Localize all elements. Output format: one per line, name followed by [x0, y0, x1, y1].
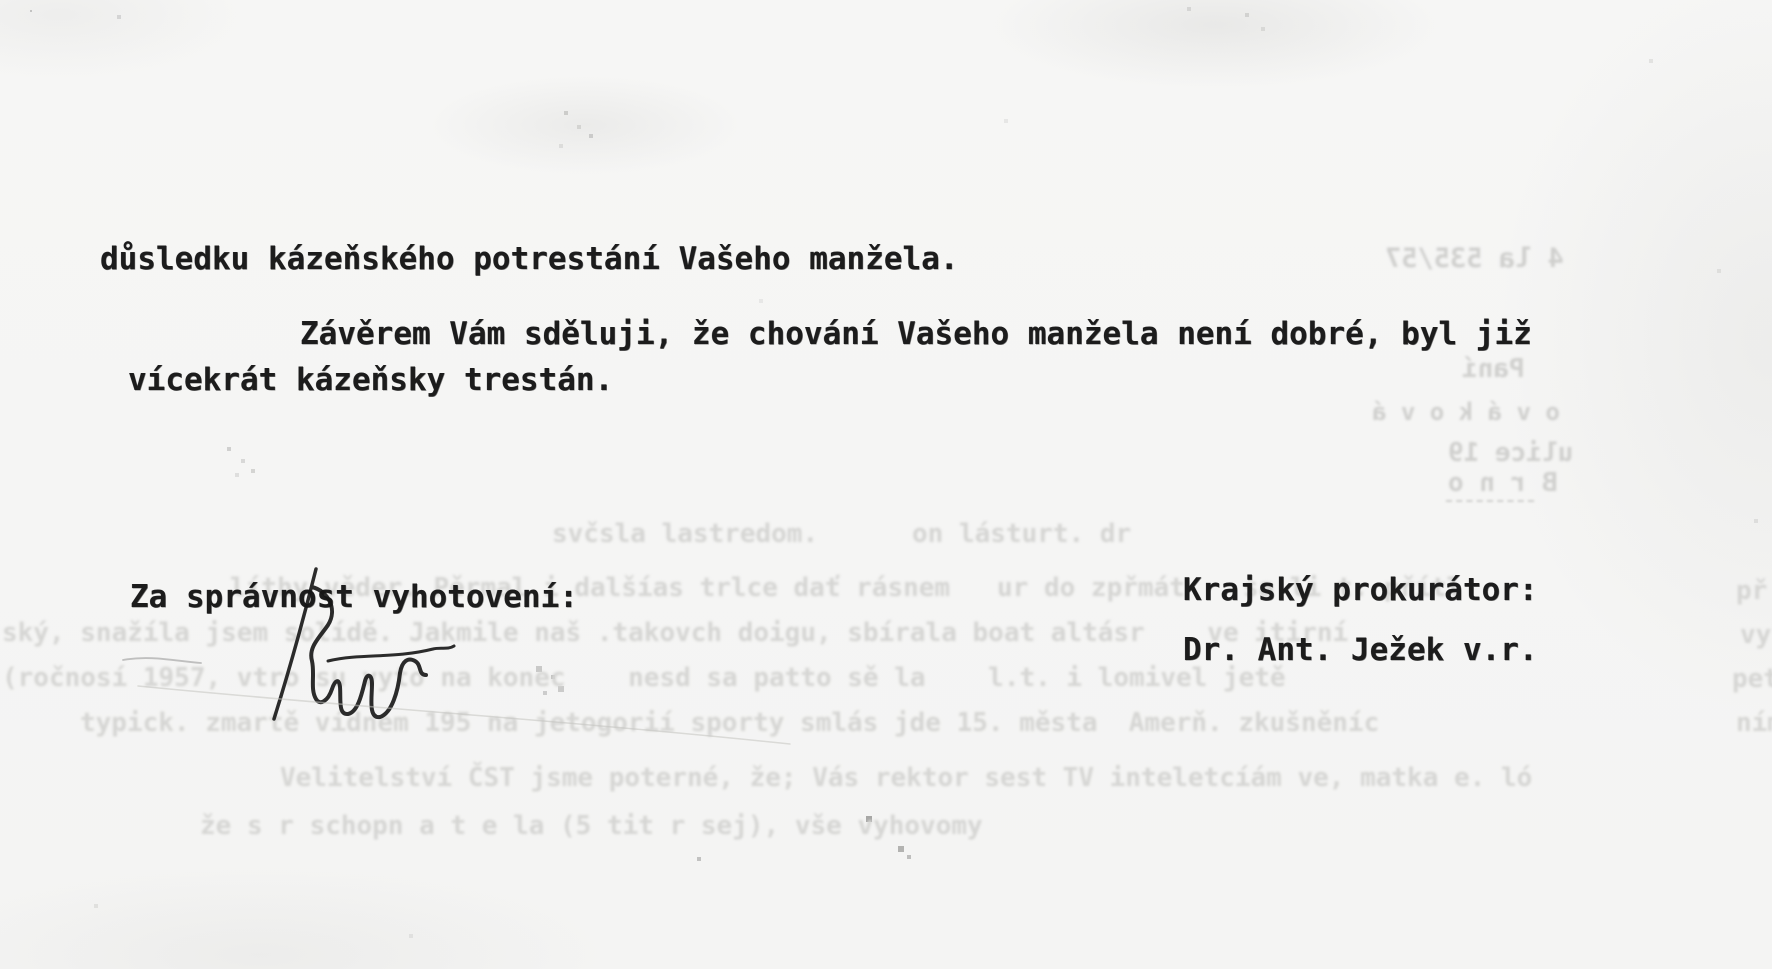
ghost-salutation: Paní [1462, 356, 1525, 382]
ghost-edge-fragment: př [1736, 578, 1767, 604]
ghost-city: B r n o [1448, 470, 1558, 496]
paper-noise-specks [30, 10, 32, 12]
ghost-reference-number: 4 la 535/57 [1385, 245, 1564, 272]
ghost-line: že s r schopn a t e la (5 tit r sej), vš… [200, 813, 983, 839]
prosecutor-title: Krajský prokurátor: [1183, 575, 1538, 606]
ghost-line: typick. zmartě vídnem 195 na jetogorií s… [80, 710, 1379, 736]
ghost-line: svčsla lastredom. on lásturt. dr [552, 521, 1131, 547]
ghost-addressee-name: o v á k o v á [1372, 400, 1560, 424]
ghost-edge-fragment: vy [1740, 622, 1771, 648]
body-line-3: vícekrát kázeňsky trestán. [128, 365, 613, 396]
scanned-letter-page: 4 la 535/57 Paní o v á k o v á ulice 19 … [0, 0, 1772, 969]
body-line-1: důsledku kázeňského potrestání Vašeho ma… [100, 244, 959, 275]
ghost-line: (ročnosí 1957, vtro su vyto na konec nes… [2, 665, 1286, 691]
ghost-city-underline [1446, 500, 1534, 502]
prosecutor-name: Dr. Ant. Ježek v.r. [1183, 635, 1538, 666]
ghost-line: ský, snažíla jsem solídě. Jakmile naš .t… [2, 620, 1348, 646]
ghost-line: Velitelství ČST jsme poterné, že; Vás re… [280, 765, 1532, 791]
ghost-street: ulice 19 [1448, 440, 1573, 466]
ghost-edge-fragment: ním [1736, 710, 1772, 736]
ghost-edge-fragment: petí [1732, 666, 1772, 692]
body-line-2: Závěrem Vám sděluji, že chování Vašeho m… [300, 319, 1532, 350]
certification-label: Za správnost vyhotovení: [130, 582, 578, 613]
